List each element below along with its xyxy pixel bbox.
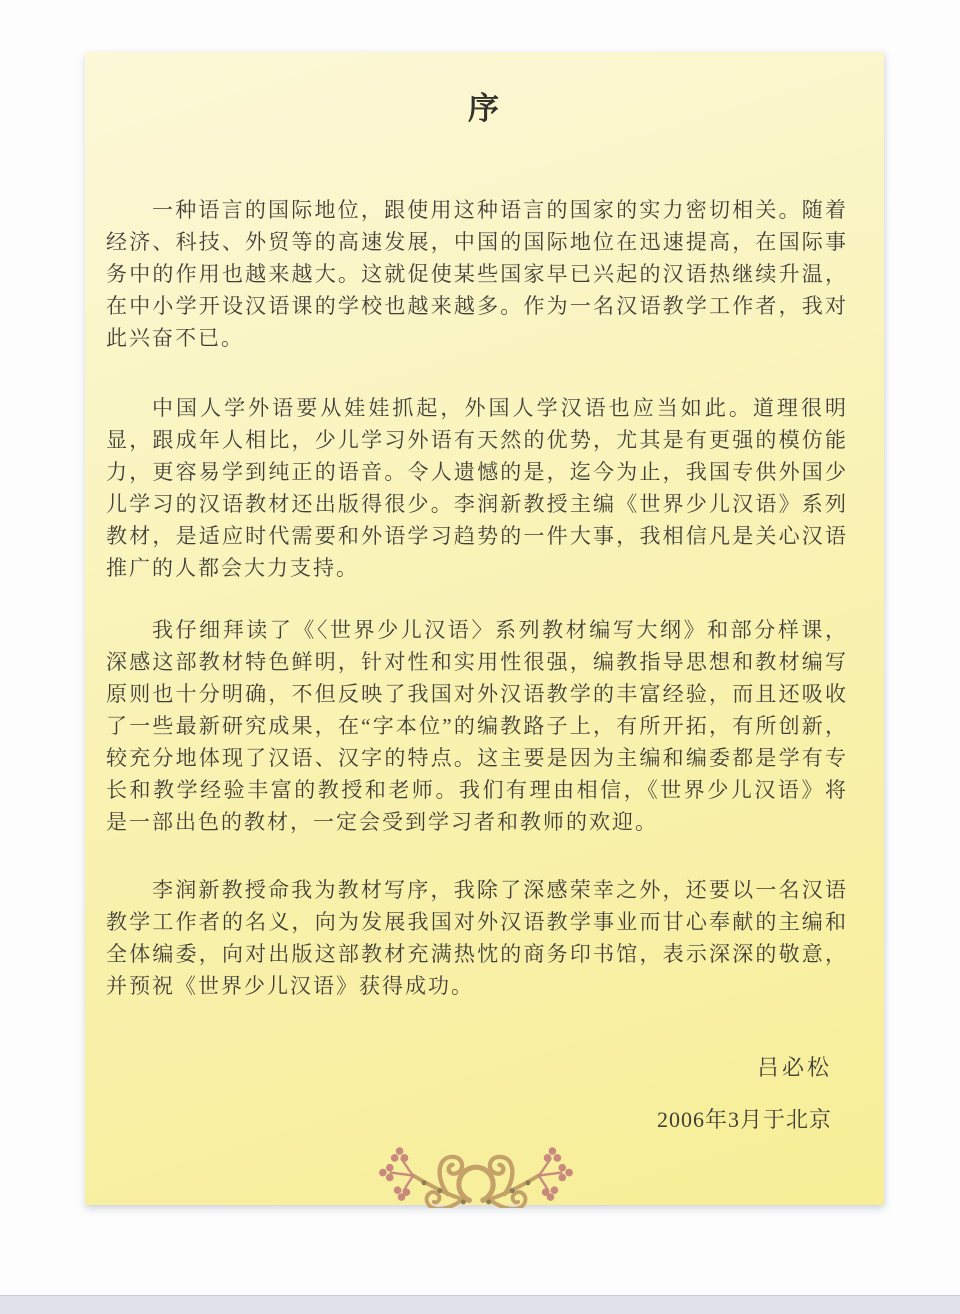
flourish-ornament-icon bbox=[378, 1145, 574, 1208]
author-signature: 吕必松 bbox=[757, 1051, 832, 1082]
scanner-edge-strip bbox=[0, 1295, 960, 1314]
page-title: 序 bbox=[85, 90, 884, 128]
paragraph-1: 一种语言的国际地位，跟使用这种语言的国家的实力密切相关。随着经济、科技、外贸等的… bbox=[106, 194, 848, 354]
scanned-book-page: 序 一种语言的国际地位，跟使用这种语言的国家的实力密切相关。随着经济、科技、外贸… bbox=[0, 0, 960, 1314]
paragraph-3: 我仔细拜读了《〈世界少儿汉语〉系列教材编写大纲》和部分样课，深感这部教材特色鲜明… bbox=[106, 614, 848, 838]
preface-paper: 序 一种语言的国际地位，跟使用这种语言的国家的实力密切相关。随着经济、科技、外贸… bbox=[85, 52, 884, 1205]
paragraph-2: 中国人学外语要从娃娃抓起，外国人学汉语也应当如此。道理很明显，跟成年人相比，少儿… bbox=[106, 392, 848, 584]
dateline: 2006年3月于北京 bbox=[657, 1103, 832, 1134]
paragraph-4: 李润新教授命我为教材写序，我除了深感荣幸之外，还要以一名汉语教学工作者的名义，向… bbox=[106, 874, 848, 1002]
ornament-ring bbox=[459, 1167, 493, 1201]
